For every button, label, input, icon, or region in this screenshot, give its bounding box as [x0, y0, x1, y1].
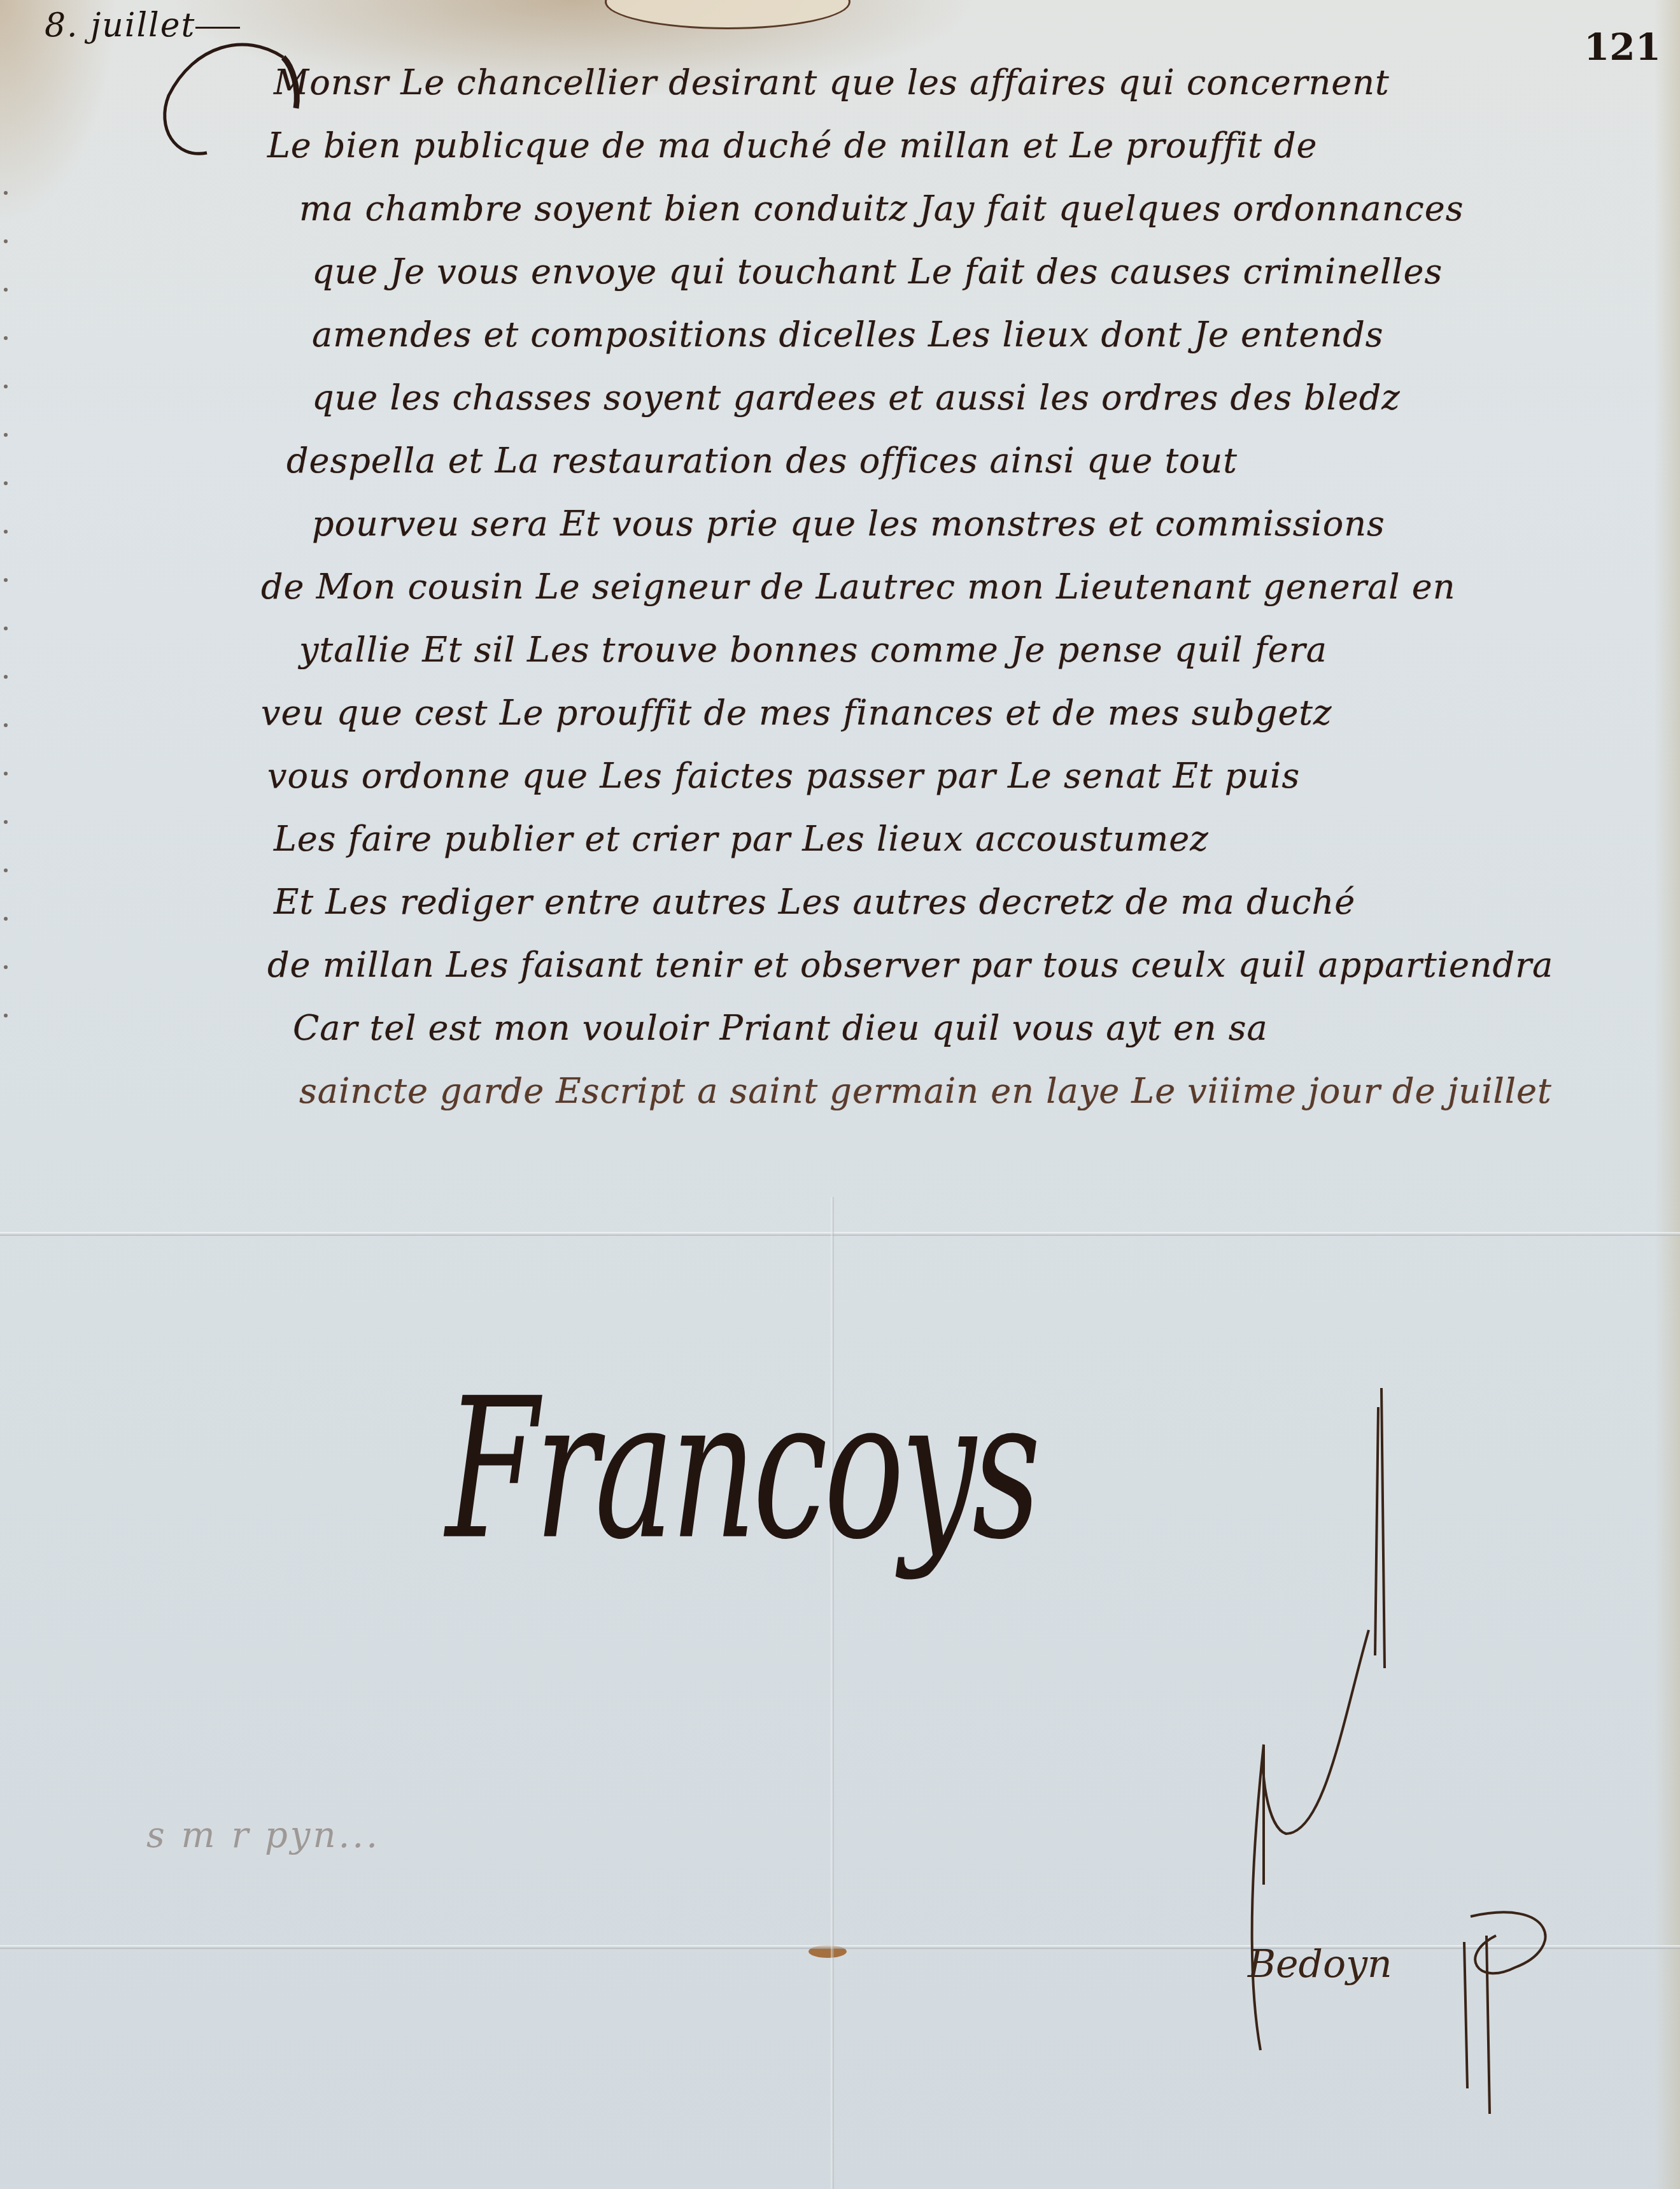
closing-line: saincte garde Escript a saint germain en… [299, 1059, 1680, 1123]
text-line: pourveu sera Et vous prie que les monstr… [312, 492, 1680, 555]
text-line: despella et La restauration des offices … [286, 429, 1674, 492]
manuscript-page: 8. juillet 121 Monsr Le chancellier desi… [0, 0, 1680, 2189]
faded-endorsement: s m r pyn... [146, 1815, 380, 1856]
text-line: Le bien publicque de ma duché de millan … [267, 114, 1655, 177]
text-line: que Je vous envoye qui touchant Le fait … [312, 240, 1680, 303]
letter-body: Monsr Le chancellier desirant que les af… [274, 51, 1662, 1123]
text-line: ma chambre soyent bien conduitz Jay fait… [299, 177, 1680, 240]
top-edge-stain [605, 0, 851, 29]
binding-holes [1, 191, 10, 1146]
horizontal-fold [0, 1232, 1680, 1236]
text-line: Car tel est mon vouloir Priant dieu quil… [293, 996, 1680, 1059]
text-line: amendes et compositions dicelles Les lie… [312, 303, 1680, 366]
text-line: Et Les rediger entre autres Les autres d… [274, 870, 1662, 933]
text-line: Monsr Le chancellier desirant que les af… [274, 51, 1662, 114]
text-line: que les chasses soyent gardees et aussi … [312, 366, 1680, 429]
king-signature: Francoys [446, 1356, 1037, 1582]
vertical-fold [831, 1197, 834, 2189]
text-line: de millan Les faisant tenir et observer … [267, 933, 1655, 996]
text-line: ytallie Et sil Les trouve bonnes comme J… [299, 618, 1680, 681]
text-line: vous ordonne que Les faictes passer par … [267, 744, 1655, 807]
secretary-paraph-icon [1248, 1388, 1566, 2133]
text-line: veu que cest Le prouffit de mes finances… [261, 681, 1649, 744]
secretary-signature: Bedoyn [1248, 1942, 1392, 1987]
text-line: de Mon cousin Le seigneur de Lautrec mon… [261, 555, 1649, 618]
text-line: Les faire publier et crier par Les lieux… [274, 807, 1662, 870]
